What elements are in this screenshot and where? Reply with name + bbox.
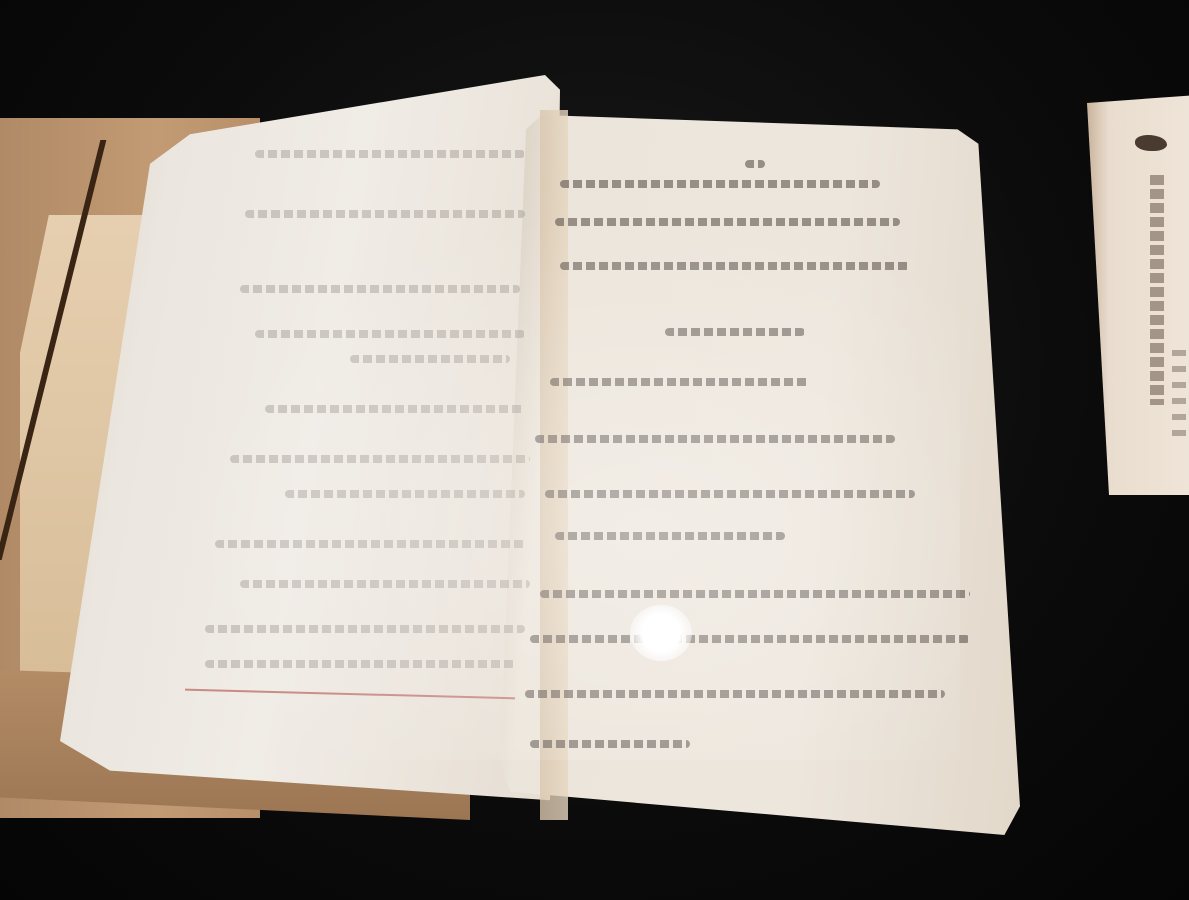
handwriting-line <box>255 150 525 158</box>
handwriting-line <box>560 180 880 188</box>
card-vertical-text <box>1150 175 1164 405</box>
glass-haze <box>180 200 960 760</box>
light-glare <box>630 605 692 661</box>
handwriting-line <box>745 160 765 168</box>
photo-scene: Photograph of an old handwritten noteboo… <box>0 0 1189 900</box>
card-body-text <box>1172 350 1186 440</box>
card-emblem <box>1135 135 1167 151</box>
